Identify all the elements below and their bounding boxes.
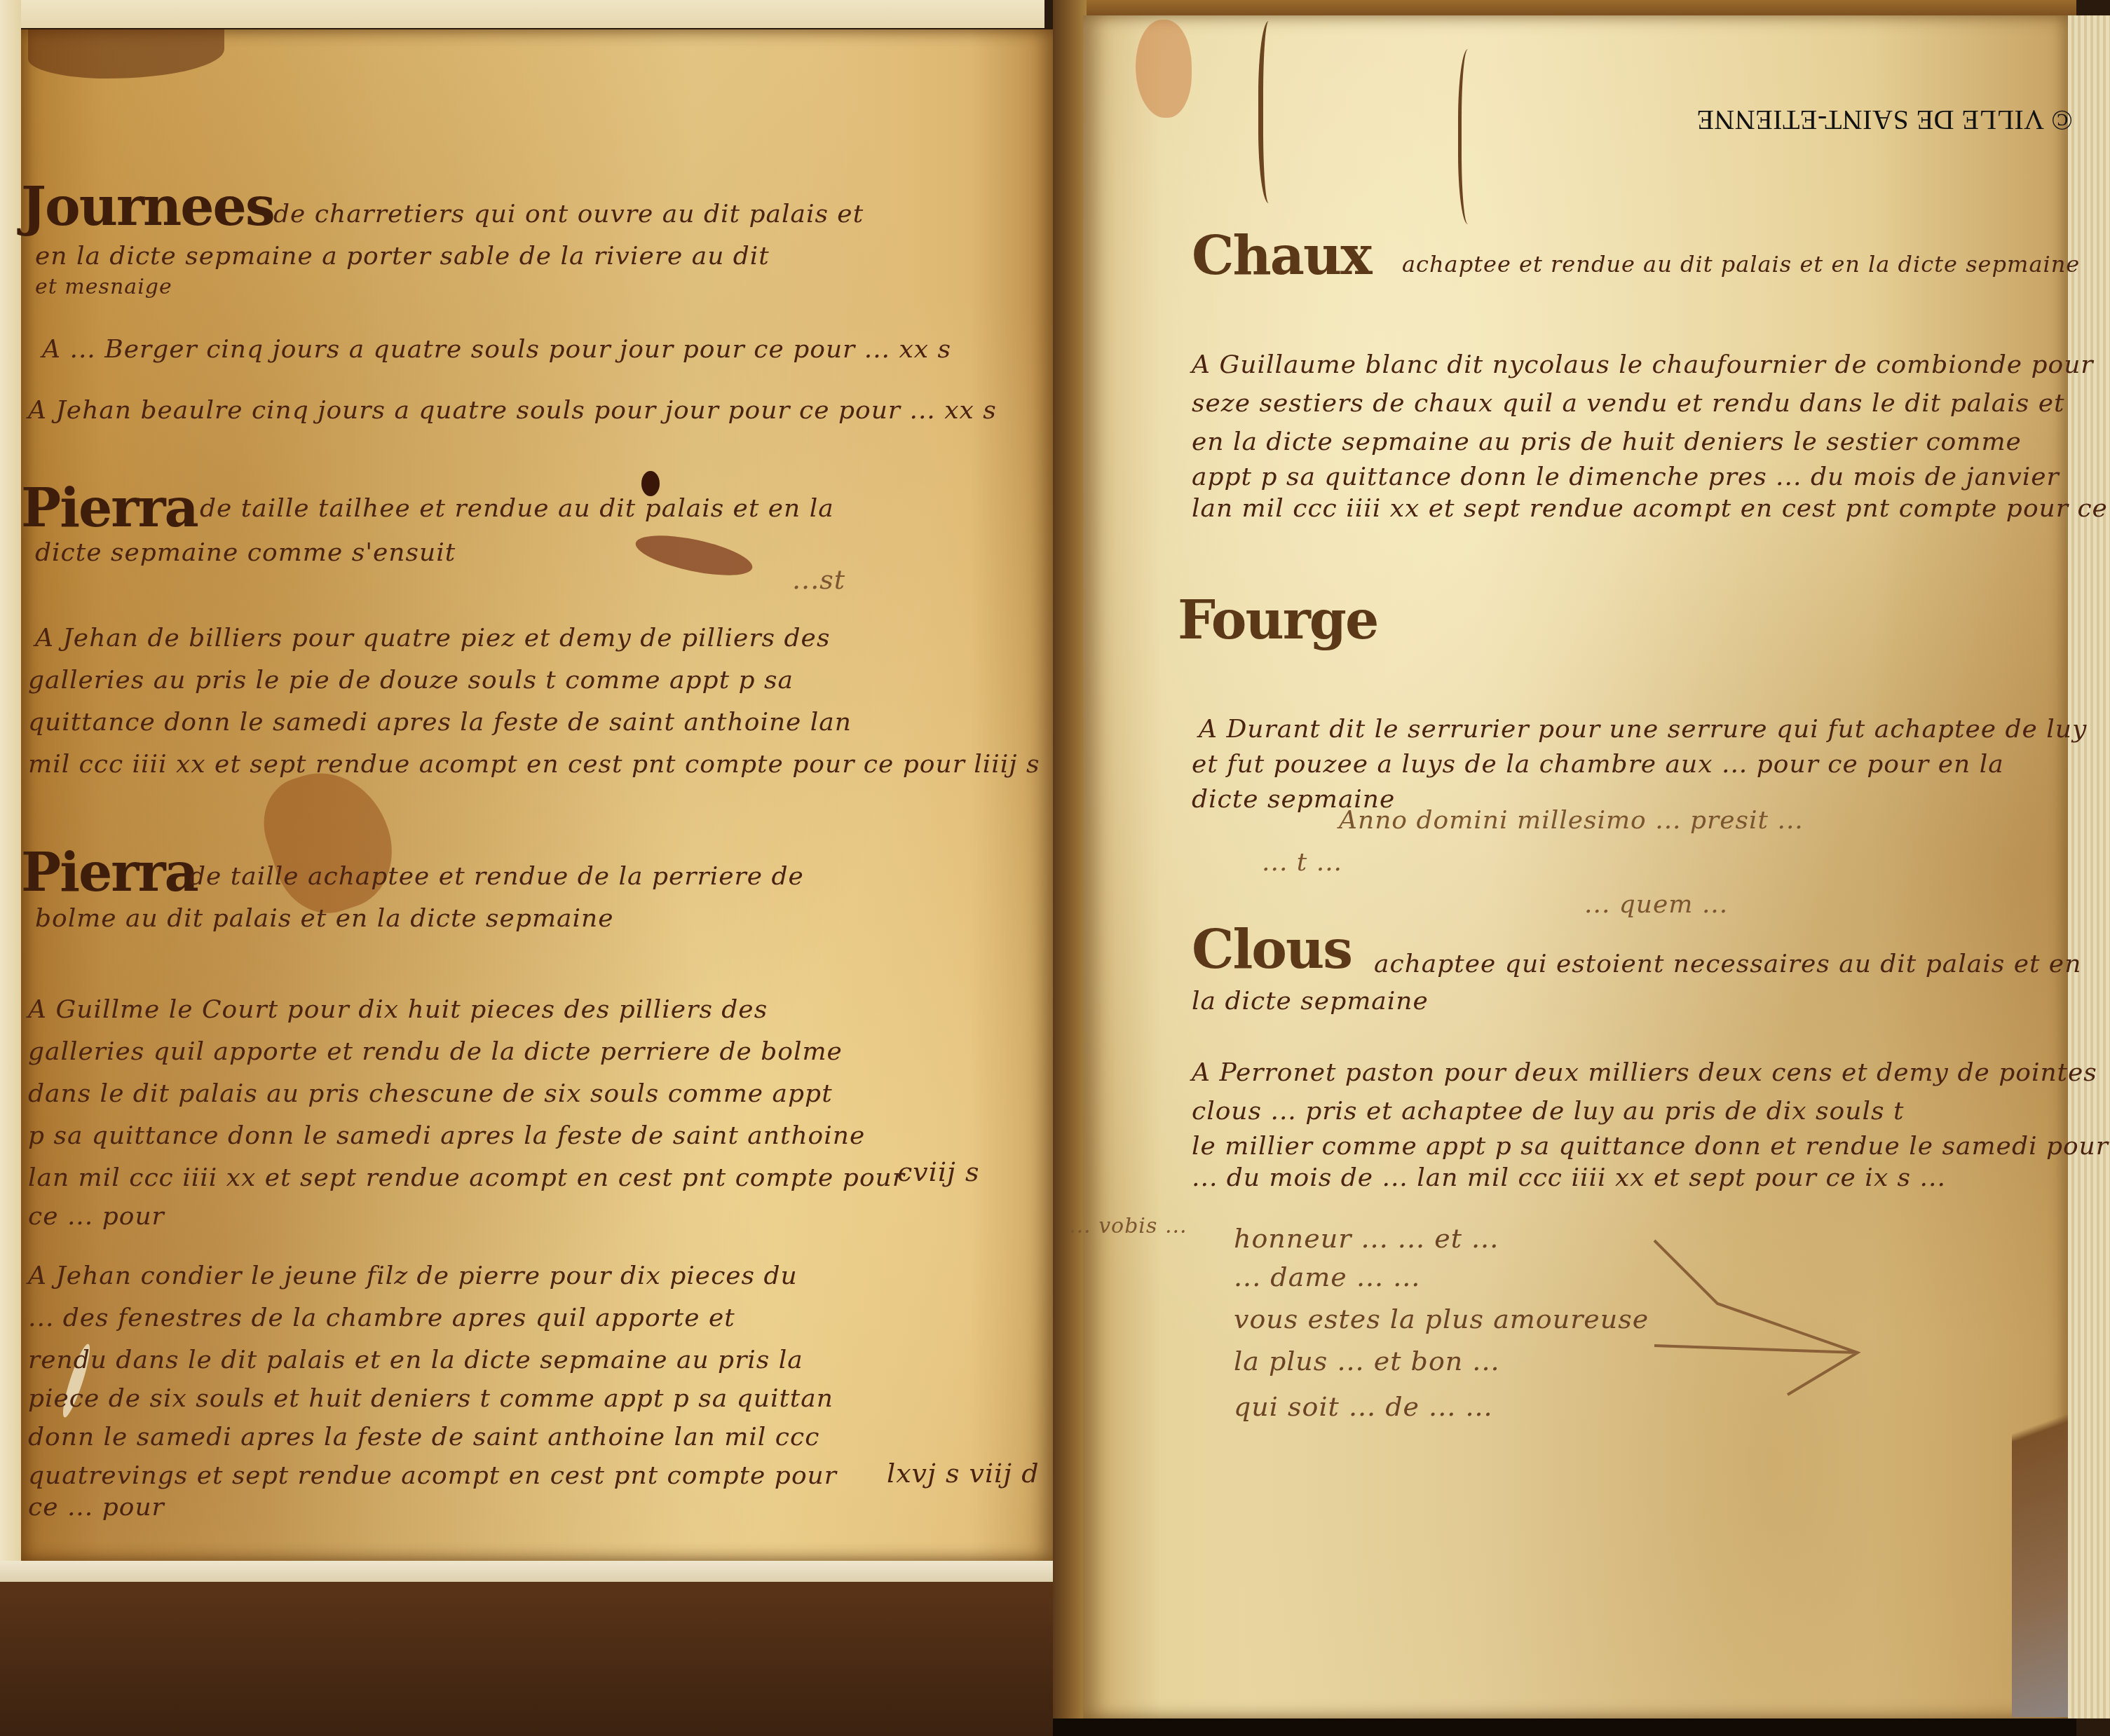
entry-line: le millier comme appt p sa quittance don… bbox=[1192, 1132, 2109, 1161]
entry-line: piece de six souls et huit deniers t com… bbox=[28, 1384, 833, 1413]
verse-line: qui soit ... de ... ... bbox=[1234, 1391, 1493, 1422]
entry-line: lan mil ccc iiii xx et sept rendue acomp… bbox=[28, 1163, 905, 1192]
heading-line: de taille tailhee et rendue au dit palai… bbox=[200, 494, 834, 523]
manuscript-spread: Journees de charretiers qui ont ouvre au… bbox=[0, 0, 2110, 1736]
heading-line: la dicte sepmaine bbox=[1192, 987, 1429, 1016]
heading-line: dicte sepmaine comme s'ensuit bbox=[35, 538, 456, 567]
entry-line: ce ... pour bbox=[28, 1202, 165, 1231]
entry-line: donn le samedi apres la feste de saint a… bbox=[28, 1423, 819, 1451]
rubric-fourge: Fourge bbox=[1178, 589, 1377, 651]
verse-line: la plus ... et bon ... bbox=[1234, 1346, 1500, 1376]
left-page-bottom-edge bbox=[0, 1561, 1053, 1582]
entry-line: dans le dit palais au pris chescune de s… bbox=[28, 1079, 833, 1108]
entry-line: mil ccc iiii xx et sept rendue acompt en… bbox=[28, 750, 1040, 779]
pen-trial: Anno domini millesimo ... presit ... bbox=[1339, 806, 1804, 835]
marginal-sum: cviij s bbox=[897, 1156, 979, 1187]
entry-line: A Guillme le Court pour dix huit pieces … bbox=[28, 995, 768, 1024]
entry-line: galleries au pris le pie de douze souls … bbox=[28, 666, 794, 695]
entry-line: A Durant dit le serrurier pour une serru… bbox=[1199, 715, 2087, 744]
gutter bbox=[1053, 0, 1087, 1724]
heading-line: achaptee et rendue au dit palais et en l… bbox=[1402, 251, 2080, 278]
pen-trial: ... quem ... bbox=[1584, 890, 1728, 919]
binding-bottom-left bbox=[0, 1582, 1053, 1736]
verse-line: honneur ... ... et ... bbox=[1234, 1223, 1499, 1254]
pen-flourish bbox=[1258, 21, 1284, 203]
bracket-drawing bbox=[1647, 1226, 1872, 1409]
verse-line: ... dame ... ... bbox=[1234, 1262, 1420, 1292]
folded-corner bbox=[2012, 1304, 2068, 1717]
entry-line: seze sestiers de chaux quil a vendu et r… bbox=[1192, 389, 2064, 418]
entry-line: quatrevings et sept rendue acompt en ces… bbox=[28, 1461, 837, 1490]
heading-line: bolme au dit palais et en la dicte sepma… bbox=[35, 904, 614, 933]
entry-line: et fut pouzee a luys de la chambre aux .… bbox=[1192, 750, 2004, 779]
rubric-journees: Journees bbox=[21, 175, 274, 238]
entry-line: galleries quil apporte et rendu de la di… bbox=[28, 1037, 843, 1066]
heading-line: en la dicte sepmaine a porter sable de l… bbox=[35, 242, 770, 271]
rubric-clous: Clous bbox=[1192, 918, 1352, 980]
entry-line: A Perronet paston pour deux milliers deu… bbox=[1192, 1058, 2097, 1087]
heading-line: de taille achaptee et rendue de la perri… bbox=[189, 862, 804, 891]
entry-line: p sa quittance donn le samedi apres la f… bbox=[28, 1121, 865, 1150]
entry-line: A Jehan condier le jeune filz de pierre … bbox=[28, 1262, 798, 1290]
mat-edge-top bbox=[0, 0, 1044, 28]
entry-line: appt p sa quittance donn le dimenche pre… bbox=[1192, 463, 2060, 491]
pen-flourish bbox=[1458, 49, 1483, 224]
rubric-pierra: Pierra bbox=[21, 477, 198, 539]
mat-edge-left bbox=[0, 0, 21, 1736]
verse-line: vous estes la plus amoureuse bbox=[1234, 1304, 1649, 1334]
entry-line: en la dicte sepmaine au pris de huit den… bbox=[1192, 428, 2022, 456]
rubric-pierra: Pierra bbox=[21, 841, 198, 903]
binding-top bbox=[1053, 0, 2076, 17]
entry-line: rendu dans le dit palais et en la dicte … bbox=[28, 1346, 803, 1374]
rubric-chaux: Chaux bbox=[1192, 224, 1371, 287]
marginal-sum: ...st bbox=[792, 564, 845, 595]
heading-line: achaptee qui estoient necessaires au dit… bbox=[1374, 950, 2081, 978]
verse-marginal-note: ... vobis ... bbox=[1069, 1214, 1187, 1238]
heading-line: et mesnaige bbox=[35, 275, 172, 299]
entry-line: A Jehan de billiers pour quatre piez et … bbox=[35, 624, 830, 652]
entry-line: ... du mois de ... lan mil ccc iiii xx e… bbox=[1192, 1163, 1946, 1192]
copyright-watermark: © VILLE DE SAINT-ETIENNE bbox=[1696, 104, 2073, 137]
entry-line: clous ... pris et achaptee de luy au pri… bbox=[1192, 1097, 1904, 1126]
entry-line: ... des fenestres de la chambre apres qu… bbox=[28, 1304, 735, 1332]
marginal-sum: lxvj s viij d bbox=[887, 1458, 1039, 1489]
entry-line: quittance donn le samedi apres la feste … bbox=[28, 708, 852, 737]
pen-trial: ... t ... bbox=[1262, 848, 1342, 877]
binding-bottom-right bbox=[1053, 1718, 2076, 1736]
entry-line: A Jehan beaulre cinq jours a quatre soul… bbox=[28, 396, 997, 425]
entry-line: A Guillaume blanc dit nycolaus le chaufo… bbox=[1192, 350, 2094, 379]
entry-line: ce ... pour bbox=[28, 1493, 165, 1522]
heading-line: de charretiers qui ont ouvre au dit pala… bbox=[273, 200, 864, 228]
entry-line: A ... Berger cinq jours a quatre souls p… bbox=[42, 335, 951, 364]
entry-line: lan mil ccc iiii xx et sept rendue acomp… bbox=[1192, 494, 2108, 523]
